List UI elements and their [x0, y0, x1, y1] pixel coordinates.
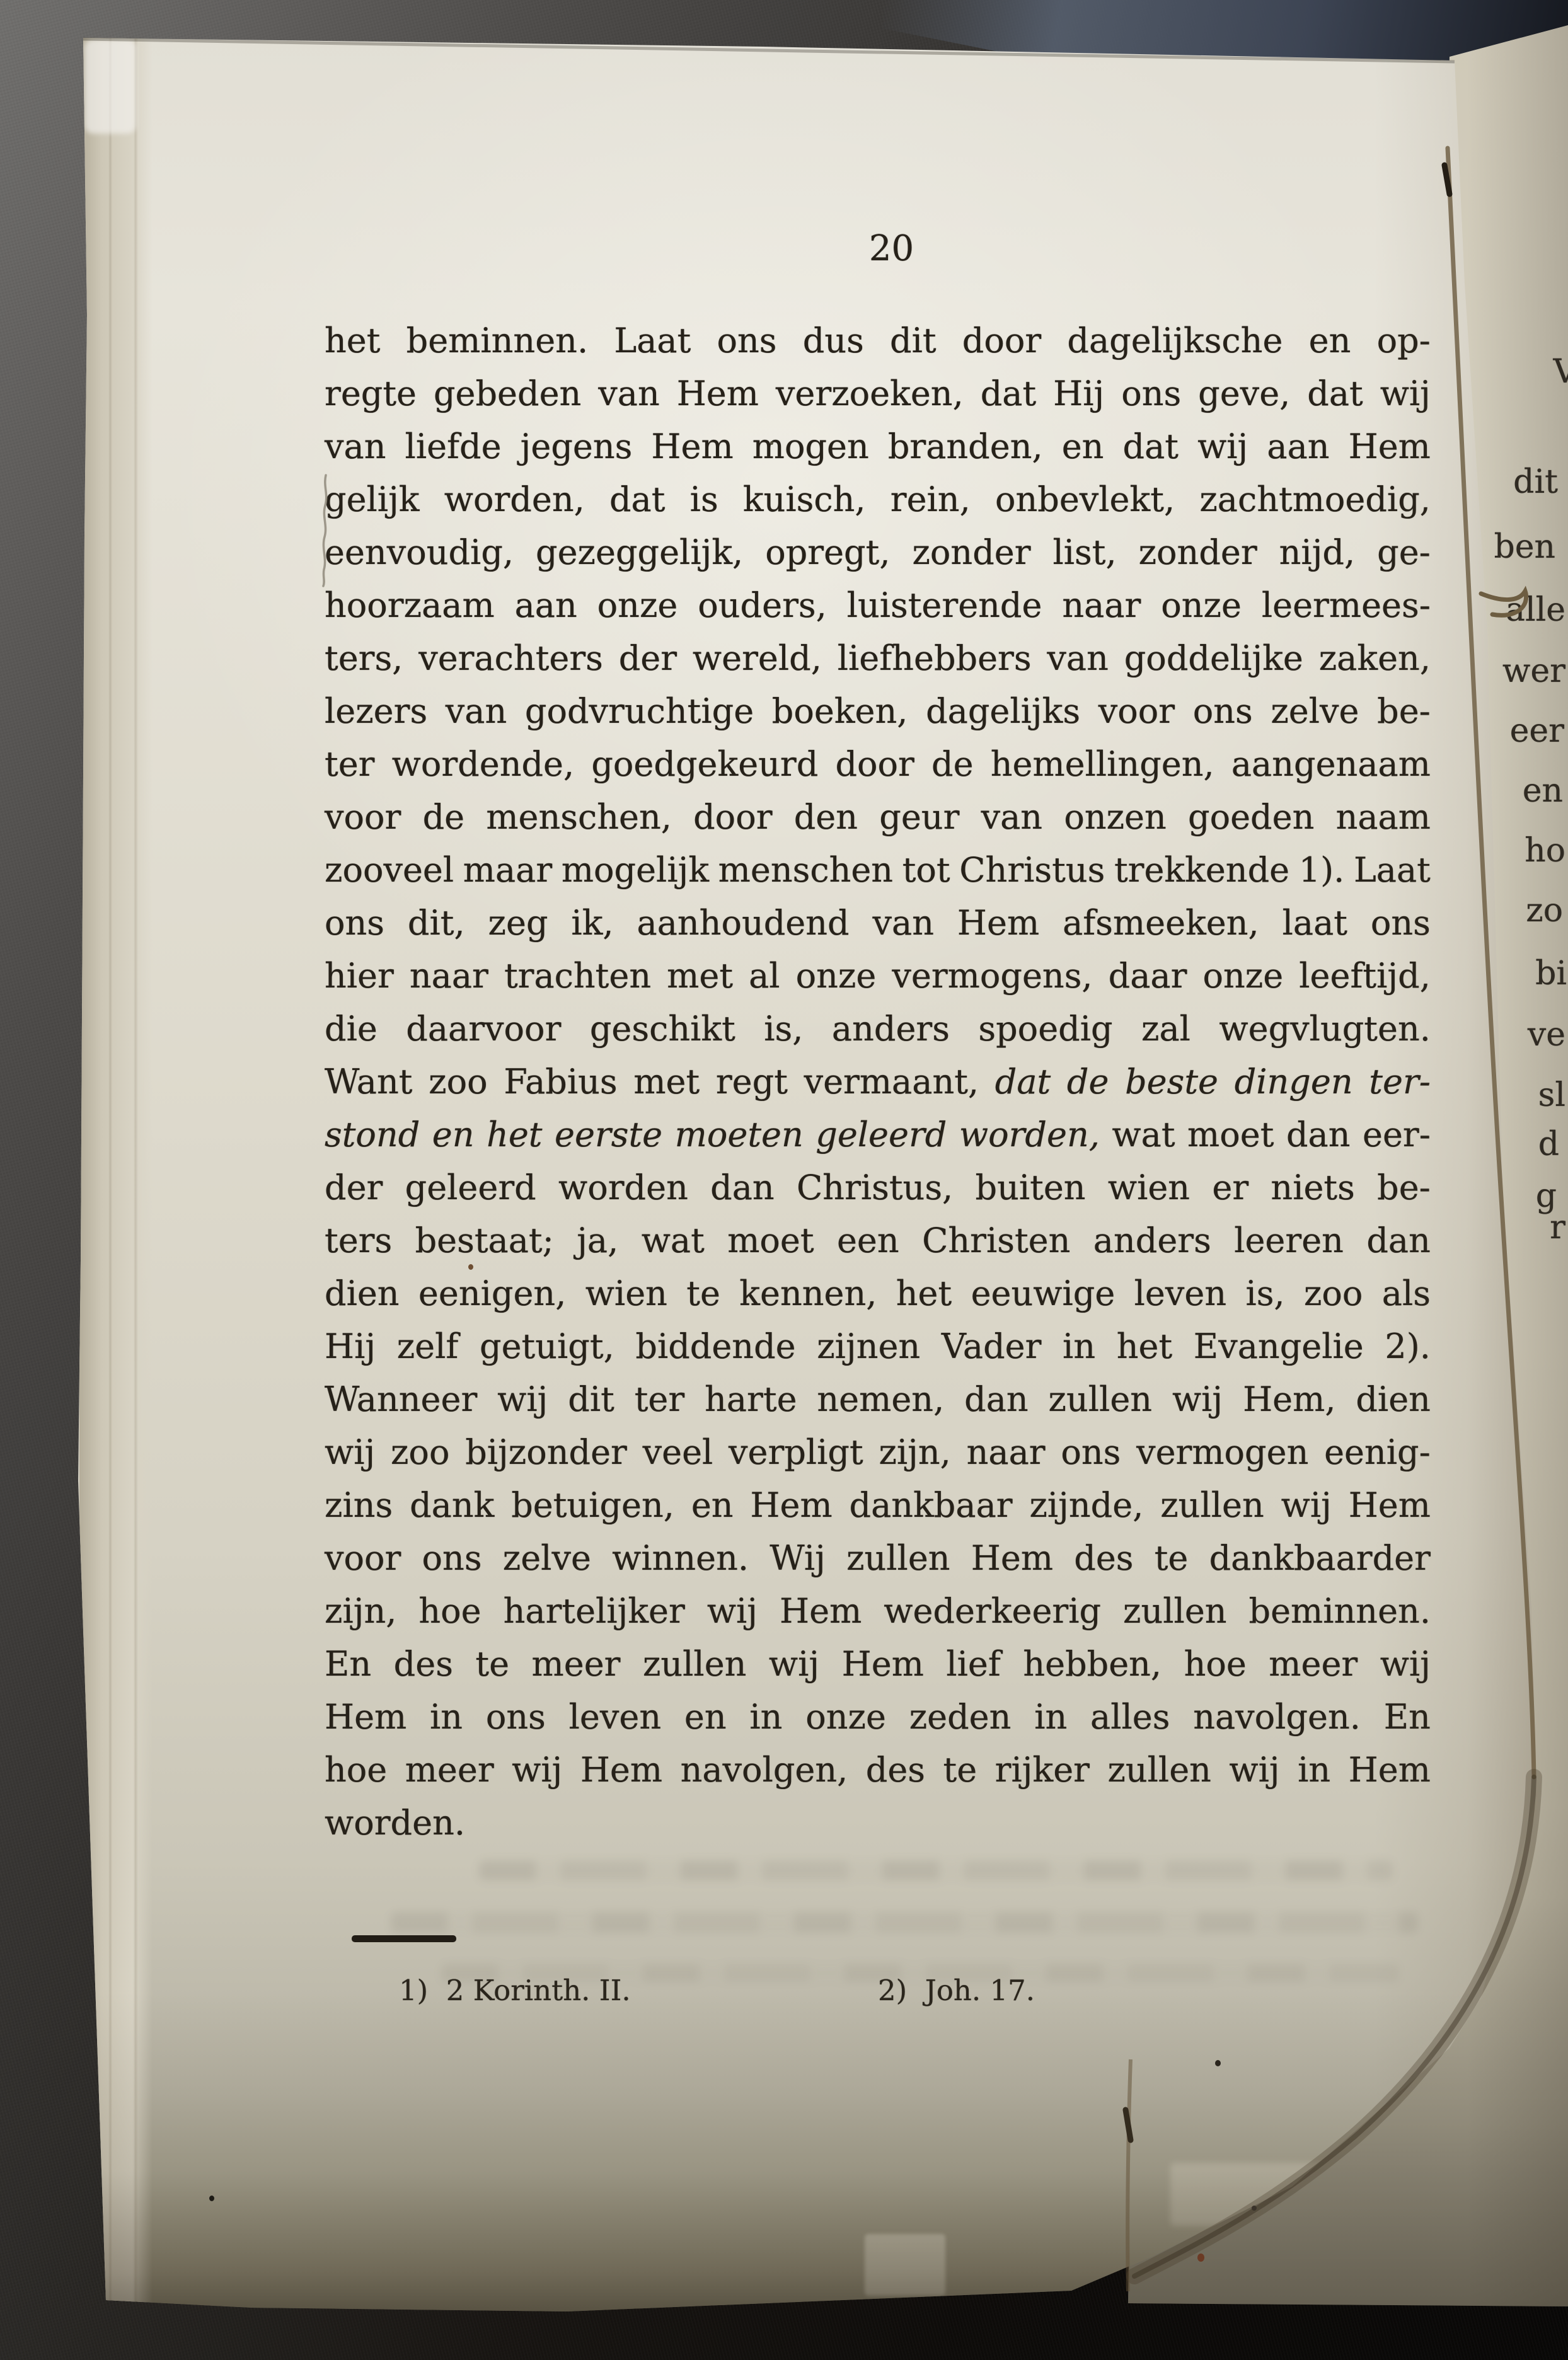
text-line: stondenheteerstemoetengeleerdworden,watm…: [325, 1108, 1431, 1161]
paper-speck: [1197, 2254, 1204, 2262]
word: wij: [707, 1585, 758, 1638]
word: anders: [1093, 1214, 1211, 1267]
word: dan: [964, 1373, 1029, 1426]
word: zoo: [429, 1056, 487, 1108]
word: voor: [325, 791, 401, 844]
word: hoe: [325, 1744, 387, 1797]
word: goddelijke: [1124, 632, 1303, 685]
text-line: lezersvangodvruchtigeboeken,dagelijksvoo…: [325, 685, 1431, 738]
word: Wanneer: [325, 1373, 477, 1426]
word: ouders,: [698, 579, 827, 632]
word: van: [873, 897, 934, 950]
word: afsmeeken,: [1063, 897, 1259, 950]
word: de: [931, 738, 974, 791]
text-line: onsdit,zegik,aanhoudendvanHemafsmeeken,l…: [325, 897, 1431, 950]
word: der: [325, 1161, 383, 1214]
word-italic: dat: [995, 1056, 1051, 1108]
word: in: [749, 1691, 782, 1744]
facing-page-fragment: eer: [1510, 712, 1564, 750]
book-page: 20 hetbeminnen.Laatonsdusditdoordagelijk…: [69, 32, 1544, 2319]
text-line: dieneenigen,wientekennen,heteeuwigeleven…: [325, 1267, 1431, 1320]
word: door: [835, 738, 914, 791]
word: hoe: [418, 1585, 481, 1638]
word: goedgekeurd: [591, 738, 818, 791]
word: gezeggelijk,: [536, 526, 743, 579]
word: ons: [1121, 367, 1181, 420]
word-italic: en: [432, 1108, 475, 1161]
word: den: [794, 791, 858, 844]
word: zijnde,: [1029, 1479, 1143, 1532]
word: 1).: [1299, 844, 1345, 897]
word: Hem: [651, 420, 733, 473]
word: zullen: [643, 1638, 747, 1691]
word: nemen,: [817, 1373, 944, 1426]
word: wij: [325, 1426, 375, 1479]
word: moet: [727, 1214, 814, 1267]
word: hartelijker: [504, 1585, 685, 1638]
word: liefde: [405, 420, 502, 473]
word: wij: [769, 1638, 819, 1691]
text-line: eenvoudig,gezeggelijk,opregt,zonderlist,…: [325, 526, 1431, 579]
word: voor: [325, 1532, 401, 1585]
word: beminnen.: [406, 314, 588, 367]
word: Laat: [614, 314, 691, 367]
word: nijd,: [1279, 526, 1356, 579]
word: verpligt: [729, 1426, 863, 1479]
word: spoedig: [978, 1003, 1112, 1056]
paper-speck: [1252, 2206, 1257, 2211]
paper-speck: [468, 1264, 473, 1270]
word: wien: [1108, 1161, 1190, 1214]
word: al: [749, 950, 780, 1003]
text-line: hoemeerwijHemnavolgen,desterijkerzullenw…: [325, 1744, 1431, 1797]
word: van: [446, 685, 507, 738]
word: zonder: [1139, 526, 1257, 579]
word: onze: [597, 579, 678, 632]
word: biddende: [635, 1320, 795, 1373]
word: Hem: [842, 1638, 924, 1691]
word: voor: [1098, 685, 1175, 738]
worn-corner: [84, 39, 136, 134]
word: vermogen: [1136, 1426, 1308, 1479]
word: Christus,: [797, 1161, 953, 1214]
text-line: zinsdankbetuigen,enHemdankbaarzijnde,zul…: [325, 1479, 1431, 1532]
word: Christus: [959, 844, 1105, 897]
word-italic: dingen: [1235, 1056, 1353, 1108]
text-line: Heminonsleveneninonzezedeninallesnavolge…: [325, 1691, 1431, 1744]
paper-speck: [770, 441, 773, 445]
word: alles: [1090, 1691, 1170, 1744]
word: dien: [325, 1267, 400, 1320]
word-italic: moeten: [675, 1108, 804, 1161]
word: dit,: [408, 897, 465, 950]
word: te: [1155, 1532, 1189, 1585]
word: mogelijk: [562, 844, 709, 897]
word: door: [962, 314, 1041, 367]
word: moet: [1187, 1108, 1274, 1161]
word: het: [1117, 1320, 1172, 1373]
text-line: vooronszelvewinnen.WijzullenHemdestedank…: [325, 1532, 1431, 1585]
paper-speck: [209, 2196, 214, 2201]
word: dan: [1286, 1108, 1351, 1161]
word: vermaant,: [804, 1056, 979, 1108]
bleedthrough-text: [391, 1912, 1418, 1933]
word: dat: [1307, 367, 1363, 420]
word: Want: [325, 1056, 412, 1108]
word: Hem,: [1243, 1373, 1335, 1426]
word: kuisch,: [743, 473, 866, 526]
word: Hem: [325, 1691, 406, 1744]
facing-page-fragment: ben: [1494, 528, 1555, 566]
word: Hij: [1053, 367, 1104, 420]
word: dat: [981, 367, 1036, 420]
word: regt: [716, 1056, 788, 1108]
word: zelve: [503, 1532, 591, 1585]
word: naar: [410, 950, 488, 1003]
word: hoorzaam: [325, 579, 495, 632]
word: dat: [609, 473, 665, 526]
word: wien: [585, 1267, 667, 1320]
word: dit: [890, 314, 937, 367]
word: regte: [325, 367, 417, 420]
word: hemellingen,: [991, 738, 1214, 791]
word: tot: [902, 844, 950, 897]
word: meer: [1269, 1638, 1358, 1691]
word: kennen,: [739, 1267, 877, 1320]
word: aan: [515, 579, 577, 632]
text-line: zijn,hoehartelijkerwijHemwederkeerigzull…: [325, 1585, 1431, 1638]
word: wat: [1112, 1108, 1175, 1161]
word: dagelijks: [926, 685, 1080, 738]
word: te: [943, 1744, 977, 1797]
word: leven: [569, 1691, 661, 1744]
word: onze: [1161, 579, 1242, 632]
word: Hem: [750, 1479, 832, 1532]
word: met: [633, 1056, 700, 1108]
word: dankbaar: [850, 1479, 1013, 1532]
word: branden,: [888, 420, 1043, 473]
word: winnen.: [612, 1532, 749, 1585]
text-line: vanliefdejegensHemmogenbranden,endatwija…: [325, 420, 1431, 473]
word: aan: [1267, 420, 1329, 473]
word: niets: [1271, 1161, 1354, 1214]
word: meer: [532, 1638, 621, 1691]
facing-page-fragment: V: [1553, 353, 1568, 391]
word: verachters: [418, 632, 603, 685]
pencil-margin-mark: [318, 471, 337, 591]
word-italic: het: [487, 1108, 542, 1161]
word: wij: [1229, 1744, 1279, 1797]
word: de: [423, 791, 465, 844]
word: Christen: [922, 1214, 1070, 1267]
text-line: gelijkworden,datiskuisch,rein,onbevlekt,…: [325, 473, 1431, 526]
word: dit: [568, 1373, 614, 1426]
word: zelve: [1271, 685, 1359, 738]
text-line: EndestemeerzullenwijHemliefhebben,hoemee…: [325, 1638, 1431, 1691]
word: geschikt: [590, 1003, 735, 1056]
word: daarvoor: [406, 1003, 561, 1056]
word: is: [690, 473, 718, 526]
word: ons: [1061, 1426, 1121, 1479]
word: ons: [1193, 685, 1253, 738]
word: ters,: [325, 632, 403, 685]
word: vermogens,: [892, 950, 1092, 1003]
word: en: [691, 1479, 734, 1532]
word: leeren: [1234, 1214, 1344, 1267]
word: navolgen,: [681, 1744, 848, 1797]
word: zeden: [909, 1691, 1012, 1744]
word: geleerd: [405, 1161, 536, 1214]
word: onze: [796, 950, 877, 1003]
word: geur: [879, 791, 959, 844]
text-line: tersbestaat;ja,watmoeteenChristenandersl…: [325, 1214, 1431, 1267]
word: te: [686, 1267, 720, 1320]
facing-page-fragment: r: [1550, 1209, 1565, 1246]
word: lezers: [325, 685, 427, 738]
word: leven: [1134, 1267, 1226, 1320]
word: dagelijksche: [1067, 314, 1283, 367]
word: aanhoudend: [637, 897, 850, 950]
word: van: [325, 420, 386, 473]
text-line: terwordende,goedgekeurddoordehemellingen…: [325, 738, 1431, 791]
word: betuigen,: [511, 1479, 674, 1532]
word: en: [1062, 420, 1104, 473]
word: opregt,: [765, 526, 890, 579]
word: ons: [486, 1691, 546, 1744]
word: dus: [803, 314, 864, 367]
word-italic: de: [1067, 1056, 1109, 1108]
facing-page-fragment: ho: [1525, 832, 1565, 870]
word: zooveel: [325, 844, 454, 897]
text-line: Wanneerwijditterhartenemen,danzullenwijH…: [325, 1373, 1431, 1426]
word: zullen: [1160, 1479, 1264, 1532]
facing-page-fragment: alle: [1506, 591, 1565, 629]
word: Hem: [971, 1532, 1053, 1585]
bleedthrough-text: [479, 1860, 1393, 1880]
text-line: regtegebedenvanHemverzoeken,datHijonsgev…: [325, 367, 1431, 420]
word: dat: [1123, 420, 1179, 473]
word: liefhebbers: [838, 632, 1032, 685]
word: ons: [325, 897, 384, 950]
word: mogen: [752, 420, 869, 473]
word: zullen: [1107, 1744, 1211, 1797]
text-line: zooveelmaarmogelijkmenschentotChristustr…: [325, 844, 1431, 897]
word: eeuwige: [971, 1267, 1115, 1320]
word: een: [837, 1214, 899, 1267]
word: gebeden: [434, 367, 581, 420]
word: hier: [325, 950, 394, 1003]
word: dank: [410, 1479, 494, 1532]
word: door: [693, 791, 772, 844]
word: zoo: [1304, 1267, 1363, 1320]
word: wij: [1281, 1479, 1332, 1532]
text-line: ters,verachtersderwereld,liefhebbersvang…: [325, 632, 1431, 685]
word: list,: [1053, 526, 1117, 579]
facing-page-fragment: d: [1538, 1125, 1559, 1163]
text-line: voordemenschen,doordengeurvanonzengoeden…: [325, 791, 1431, 844]
word: is,: [764, 1003, 803, 1056]
text-line: wijzoobijzonderveelverpligtzijn,naaronsv…: [325, 1426, 1431, 1479]
text-line: Hijzelfgetuigt,biddendezijnenVaderinhetE…: [325, 1320, 1431, 1373]
word: wij: [1197, 420, 1248, 473]
word: te: [475, 1638, 509, 1691]
word: des: [394, 1638, 453, 1691]
word: zullen: [1123, 1585, 1227, 1638]
text-line: dergeleerdwordendanChristus,buitenwiener…: [325, 1161, 1431, 1214]
word: zonder: [912, 526, 1030, 579]
word: rijker: [995, 1744, 1090, 1797]
word: bijzonder: [465, 1426, 627, 1479]
word: er: [1212, 1161, 1248, 1214]
word: Hem: [580, 1744, 662, 1797]
word: het: [325, 314, 380, 367]
word: hoe: [1184, 1638, 1247, 1691]
word: met: [667, 950, 733, 1003]
word: Hem: [957, 897, 1039, 950]
word: menschen,: [486, 791, 672, 844]
word: wereld,: [693, 632, 822, 685]
word: van: [598, 367, 659, 420]
text-line: hiernaartrachtenmetalonzevermogens,daaro…: [325, 950, 1431, 1003]
word: Hem: [677, 367, 759, 420]
page-number: 20: [338, 228, 1444, 269]
word: Wij: [770, 1532, 826, 1585]
word: in: [430, 1691, 463, 1744]
text-line: hetbeminnen.Laatonsdusditdoordagelijksch…: [325, 314, 1431, 367]
word: zijnen: [817, 1320, 920, 1373]
word: Hem: [780, 1585, 862, 1638]
text-line: worden.: [325, 1797, 1431, 1850]
word: zeg: [488, 897, 548, 950]
word: trachten: [504, 950, 651, 1003]
word: der: [619, 632, 677, 685]
word: des: [866, 1744, 925, 1797]
word: wij: [1172, 1373, 1223, 1426]
word: zins: [325, 1479, 393, 1532]
word: onbevlekt,: [995, 473, 1175, 526]
word: veel: [643, 1426, 713, 1479]
word: daar: [1109, 950, 1187, 1003]
word: hebben,: [1023, 1638, 1162, 1691]
text-block: hetbeminnen.Laatonsdusditdoordagelijksch…: [325, 314, 1431, 1850]
word: Hij: [325, 1320, 376, 1373]
word: en: [1309, 314, 1351, 367]
word: zullen: [846, 1532, 950, 1585]
word: ons: [422, 1532, 482, 1585]
facing-page-fragment: ve: [1528, 1016, 1565, 1054]
word: ik,: [571, 897, 613, 950]
word: maar: [463, 844, 552, 897]
word: zelf: [397, 1320, 459, 1373]
word: des: [1074, 1532, 1133, 1585]
paper-speck: [1215, 2060, 1221, 2066]
word: wat: [642, 1214, 705, 1267]
word: jegens: [521, 420, 633, 473]
word: Vader: [942, 1320, 1042, 1373]
word: wij: [512, 1744, 562, 1797]
word: zoo: [391, 1426, 449, 1479]
text-line: diedaarvoorgeschiktis,andersspoedigzalwe…: [325, 1003, 1431, 1056]
word: gelijk: [325, 473, 420, 526]
word: ter: [635, 1373, 684, 1426]
word: luisterende: [847, 579, 1042, 632]
word: in: [1298, 1744, 1330, 1797]
word: anders: [832, 1003, 950, 1056]
facing-page-fragment: sl: [1538, 1076, 1565, 1114]
text-line: WantzooFabiusmetregtvermaant,datdebested…: [325, 1056, 1431, 1108]
word: Fabius: [504, 1056, 617, 1108]
word: godvruchtige: [525, 685, 754, 738]
word: navolgen.: [1193, 1691, 1361, 1744]
word: in: [1034, 1691, 1067, 1744]
facing-page-fragment: zo: [1526, 892, 1563, 930]
word: wij: [497, 1373, 548, 1426]
facing-page-fragment: wer: [1502, 652, 1565, 690]
footnote-separator: [352, 1935, 456, 1942]
word: wederkeerig: [884, 1585, 1101, 1638]
word: wordende,: [392, 738, 575, 791]
word: onzen: [1064, 791, 1166, 844]
word: worden,: [444, 473, 585, 526]
word: ters: [325, 1214, 392, 1267]
word: dan: [710, 1161, 775, 1214]
word: van: [981, 791, 1042, 844]
word-italic: worden,: [959, 1108, 1100, 1161]
word: eenigen,: [418, 1267, 566, 1320]
book-photo: Vditbenallewereerenhozobivesldgr 20 hetb…: [0, 0, 1568, 2360]
word-italic: geleerd: [816, 1108, 947, 1161]
facing-page-fragment: dit: [1513, 463, 1558, 501]
word: zijn,: [325, 1585, 396, 1638]
text-line: hoorzaamaanonzeouders,luisterendenaaronz…: [325, 579, 1431, 632]
word: worden: [558, 1161, 688, 1214]
facing-page-fragment: en: [1523, 772, 1563, 810]
word: getuigt,: [480, 1320, 614, 1373]
word: ons: [717, 314, 777, 367]
word: zal: [1141, 1003, 1190, 1056]
word: worden.: [325, 1797, 465, 1850]
word: goeden: [1188, 791, 1314, 844]
word-italic: eerste: [555, 1108, 662, 1161]
word: laat: [1283, 897, 1347, 950]
word: rein,: [891, 473, 971, 526]
word: verzoeken,: [776, 367, 964, 420]
facing-page-fragment: bi: [1535, 955, 1567, 993]
word: boeken,: [772, 685, 908, 738]
word: bestaat;: [415, 1214, 554, 1267]
word: eenvoudig,: [325, 526, 514, 579]
word: en: [684, 1691, 727, 1744]
word: ja,: [577, 1214, 618, 1267]
word: meer: [405, 1744, 494, 1797]
word: zijn,: [879, 1426, 950, 1479]
word-italic: stond: [325, 1108, 420, 1161]
word: geve,: [1198, 367, 1290, 420]
word: in: [1063, 1320, 1095, 1373]
word: trekkende: [1114, 844, 1289, 897]
word: zullen: [1049, 1373, 1153, 1426]
word: onze: [1203, 950, 1284, 1003]
word: harte: [705, 1373, 797, 1426]
word: het: [896, 1267, 952, 1320]
word: die: [325, 1003, 378, 1056]
word: lief: [946, 1638, 1000, 1691]
word: ter: [325, 738, 374, 791]
word: buiten: [976, 1161, 1086, 1214]
word: is,: [1245, 1267, 1284, 1320]
word: naar: [1062, 579, 1141, 632]
word: onze: [805, 1691, 886, 1744]
